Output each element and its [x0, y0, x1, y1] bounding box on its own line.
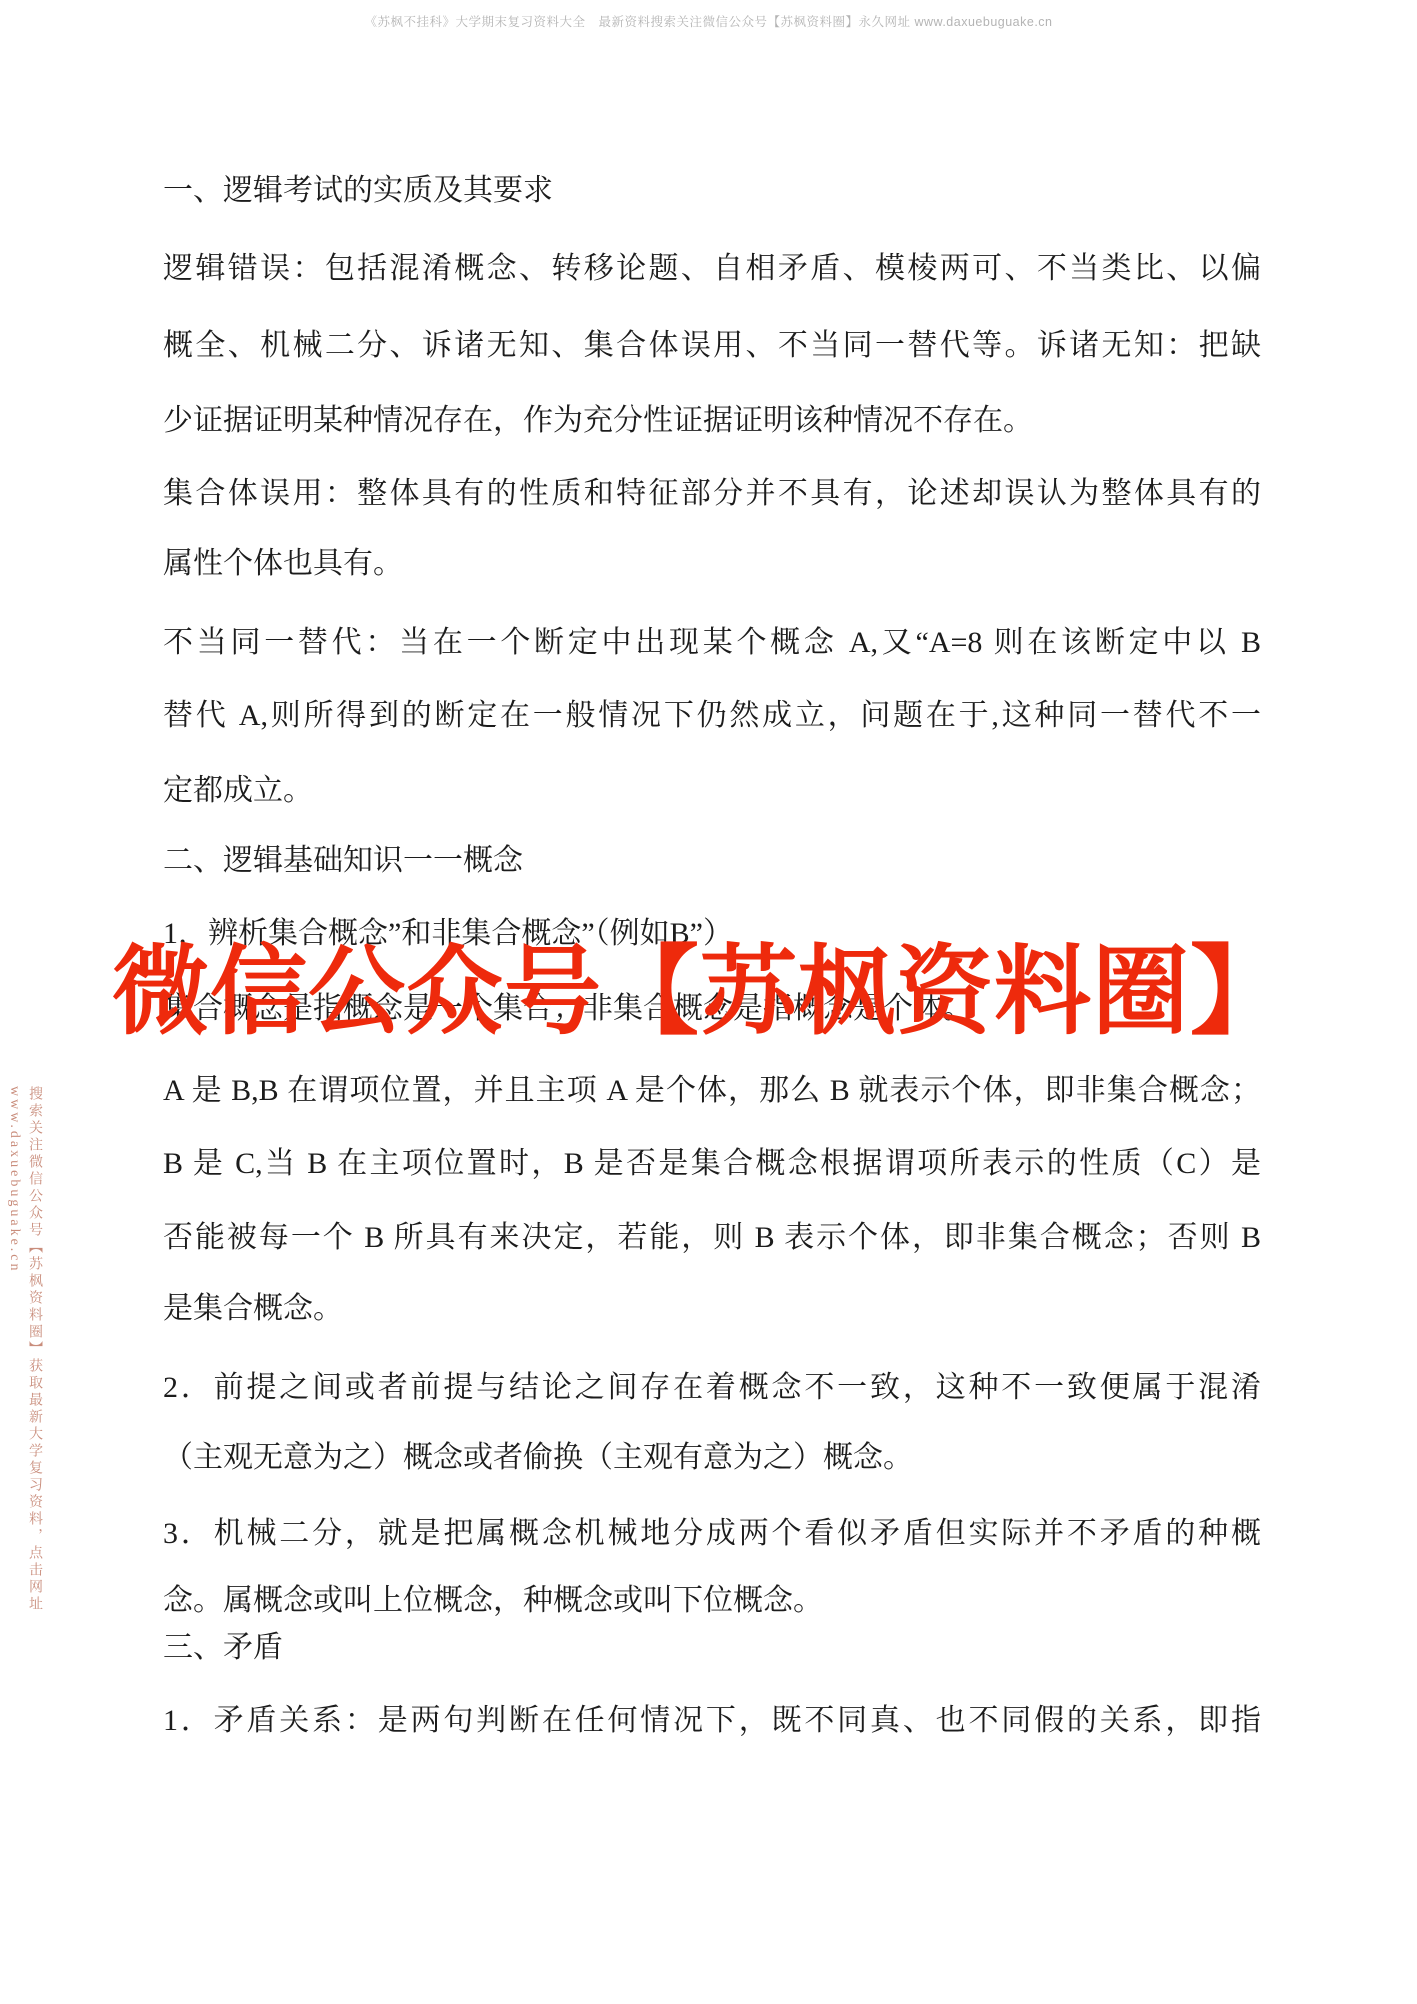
- text-line: 属性个体也具有。: [163, 546, 1261, 582]
- text-line: 念。属概念或叫上位概念，种概念或叫下位概念。: [163, 1583, 1261, 1619]
- text-line: 三、矛盾: [163, 1630, 1261, 1666]
- text-line: 概全、机械二分、诉诸无知、集合体误用、不当同一替代等。诉诸无知：把缺: [163, 328, 1261, 364]
- text-line: （主观无意为之）概念或者偷换（主观有意为之）概念。: [163, 1440, 1261, 1476]
- text-line: 替代 A,则所得到的断定在一般情况下仍然成立，问题在于,这种同一替代不一: [163, 698, 1261, 734]
- text-line: 不当同一替代：当在一个断定中出现某个概念 A,又“A=8 则在该断定中以 B: [163, 625, 1261, 661]
- side-vertical-note: 搜索关注微信公众号【苏枫资料圈】获取最新大学复习资料，点击网址 www.daxu…: [4, 1086, 44, 1706]
- text-line: B 是 C,当 B 在主项位置时，B 是否是集合概念根据谓项所表示的性质（C）是: [163, 1146, 1261, 1182]
- text-line: 少证据证明某种情况存在，作为充分性证据证明该种情况不存在。: [163, 403, 1261, 439]
- text-line: 3．机械二分，就是把属概念机械地分成两个看似矛盾但实际并不矛盾的种概: [163, 1516, 1261, 1552]
- text-line: 二、逻辑基础知识一一概念: [163, 843, 1261, 879]
- text-line: 一、逻辑考试的实质及其要求: [163, 173, 1261, 209]
- text-line: 定都成立。: [163, 773, 1261, 809]
- text-line: 集合体误用：整体具有的性质和特征部分并不具有，论述却误认为整体具有的: [163, 476, 1261, 512]
- text-line: 是集合概念。: [163, 1291, 1261, 1327]
- text-line: 逻辑错误：包括混淆概念、转移论题、自相矛盾、模棱两可、不当类比、以偏: [163, 251, 1261, 287]
- text-line: A 是 B,B 在谓项位置，并且主项 A 是个体，那么 B 就表示个体，即非集合…: [163, 1073, 1261, 1109]
- text-line: 1．矛盾关系：是两句判断在任何情况下，既不同真、也不同假的关系，即指: [163, 1703, 1261, 1739]
- red-watermark-text: 微信公众号【苏枫资料圈】: [112, 938, 1288, 1048]
- text-line: 2．前提之间或者前提与结论之间存在着概念不一致，这种不一致便属于混淆: [163, 1370, 1261, 1406]
- text-line: 否能被每一个 B 所具有来决定，若能，则 B 表示个体，即非集合概念；否则 B: [163, 1220, 1261, 1256]
- document-page: 《苏枫不挂科》大学期末复习资料大全 最新资料搜索关注微信公众号【苏枫资料圈】永久…: [0, 0, 1417, 2004]
